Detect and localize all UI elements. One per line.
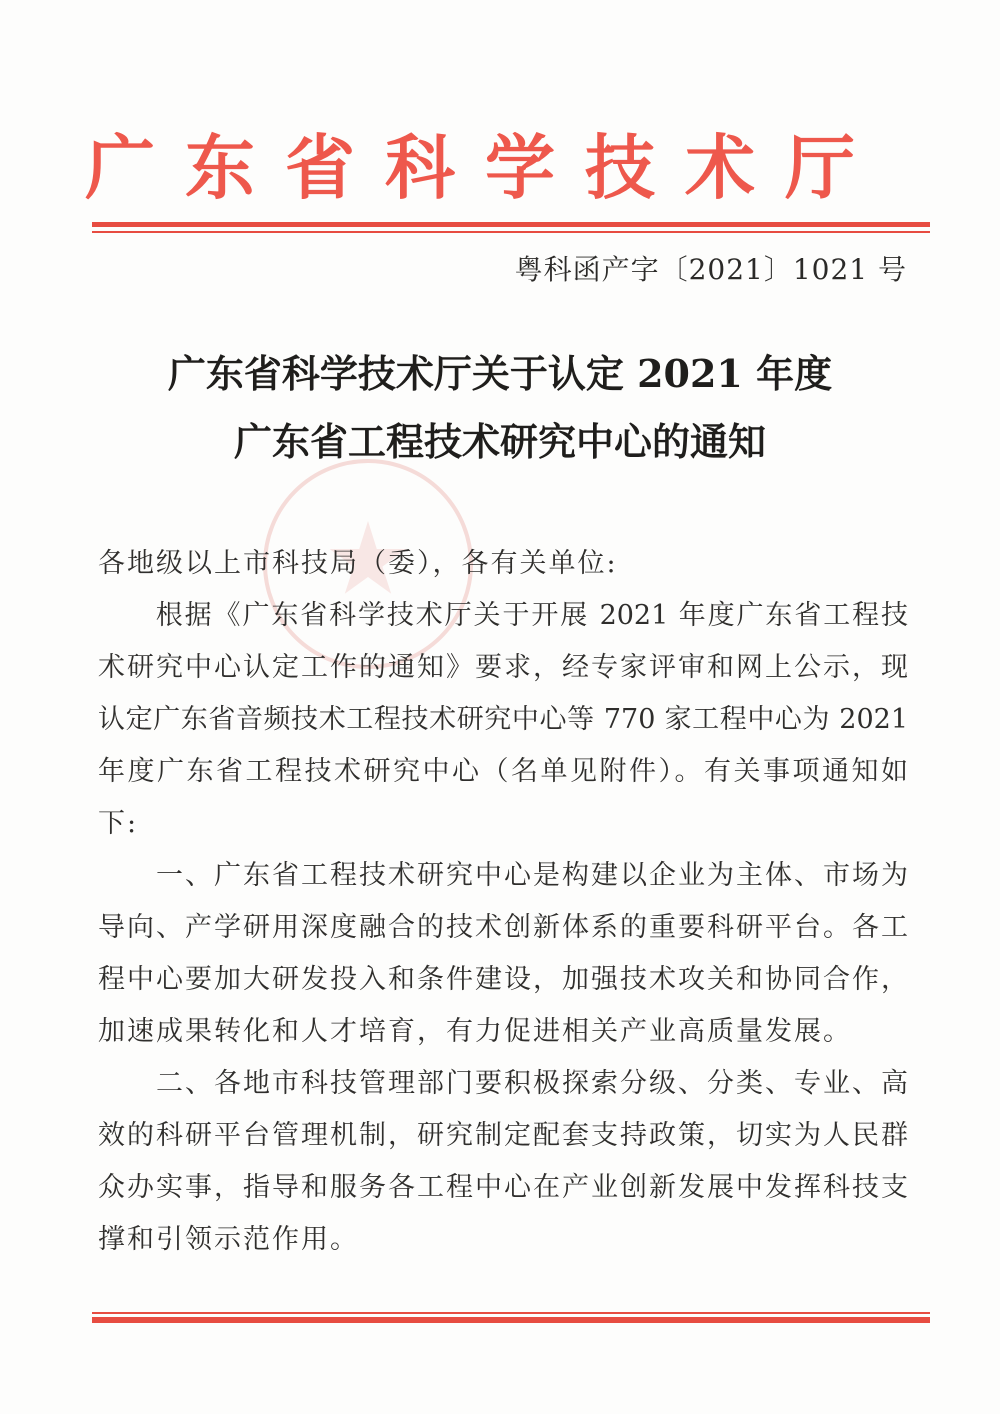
- body-line: 下:: [98, 798, 908, 850]
- letterhead-rule-thin: [92, 231, 930, 233]
- body-line: 导向、产学研用深度融合的技术创新体系的重要科研平台。各工: [98, 902, 908, 954]
- body-line: 程中心要加大研发投入和条件建设，加强技术攻关和协同合作，: [98, 954, 908, 1006]
- body-line: 效的科研平台管理机制，研究制定配套支持政策，切实为人民群: [98, 1110, 908, 1162]
- body-line: 根据《广东省科学技术厅关于开展 2021 年度广东省工程技: [98, 590, 908, 642]
- body-line: 众办实事，指导和服务各工程中心在产业创新发展中发挥科技支: [98, 1162, 908, 1214]
- document-number: 粤科函产字〔2021〕1021 号: [515, 252, 907, 288]
- agency-letterhead: 广东省科学技术厅: [0, 126, 985, 210]
- footer-rule-thick: [92, 1317, 930, 1323]
- body-line: 年度广东省工程技术研究中心（名单见附件）。有关事项通知如: [98, 746, 908, 798]
- body-line: 各地级以上市科技局（委），各有关单位:: [98, 538, 908, 590]
- document-page: 广东省科学技术厅 粤科函产字〔2021〕1021 号 广东省科学技术厅关于认定 …: [0, 0, 1000, 1414]
- footer-rule-thin: [92, 1312, 930, 1314]
- notice-body: 各地级以上市科技局（委），各有关单位: 根据《广东省科学技术厅关于开展 2021…: [98, 538, 908, 1266]
- body-line: 术研究中心认定工作的通知》要求，经专家评审和网上公示，现: [98, 642, 908, 694]
- notice-title-line1: 广东省科学技术厅关于认定 2021 年度: [0, 340, 1000, 408]
- notice-title-line2: 广东省工程技术研究中心的通知: [0, 408, 1000, 476]
- body-line: 认定广东省音频技术工程技术研究中心等 770 家工程中心为 2021: [98, 694, 908, 746]
- body-line: 一、广东省工程技术研究中心是构建以企业为主体、市场为: [98, 850, 908, 902]
- notice-title: 广东省科学技术厅关于认定 2021 年度 广东省工程技术研究中心的通知: [0, 340, 1000, 476]
- letterhead-rule-thick: [92, 222, 930, 227]
- body-line: 加速成果转化和人才培育，有力促进相关产业高质量发展。: [98, 1006, 908, 1058]
- body-line: 二、各地市科技管理部门要积极探索分级、分类、专业、高: [98, 1058, 908, 1110]
- body-line: 撑和引领示范作用。: [98, 1214, 908, 1266]
